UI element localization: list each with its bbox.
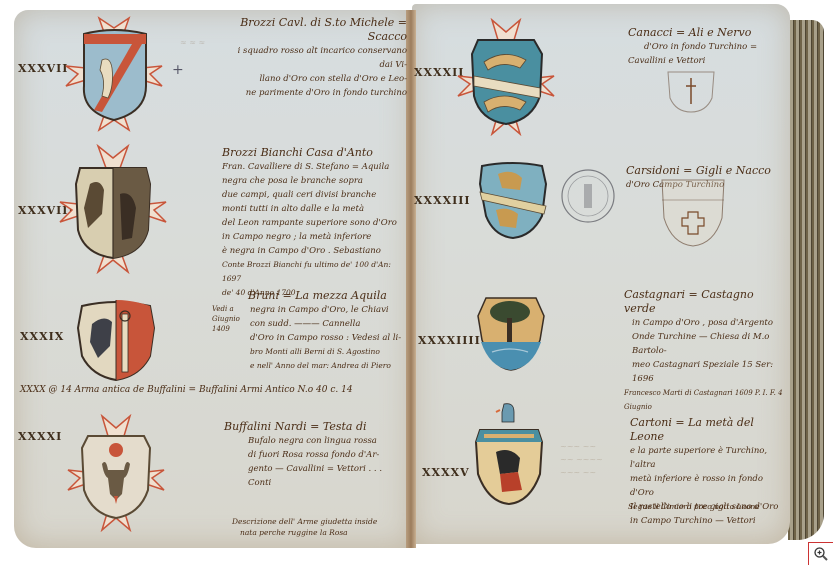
coat-of-arms-bruni [76,296,156,382]
footer-note-right: Segue il Cimiero poco notto Leone [628,500,784,514]
entry-text-castagnari: Castagnari = Castagno verde in Campo d'O… [624,288,788,414]
coat-of-arms-carsidoni [478,160,548,240]
entry-numeral: XXXXIII [414,194,471,207]
open-manuscript: XXXVII Brozzi Cavl. di S.to Michele = Sc… [0,0,834,566]
entry-numeral: XXXXV [422,466,470,479]
entry-text-canacci: Canacci = Ali e Nervo d'Oro in fondo Tur… [628,26,788,68]
entry-text-brozzi-bianchi: Brozzi Bianchi Casa d'Anto Fran. Cavalli… [222,146,407,300]
entry-numeral: XXXXI [18,430,62,443]
entry-numeral: XXXIX [20,330,64,343]
magnifier-plus-icon [813,546,829,562]
entry-numeral: XXXVII [18,62,68,75]
coat-of-arms-canacci [456,18,556,136]
entry-text-buffalini-nardi: Buffalini Nardi = Testa di Bufalo negra … [224,420,408,490]
coat-of-arms-cartoni [474,402,544,508]
cross-mark: + [172,62,184,78]
coat-of-arms-brozzi [64,16,164,132]
entry-text-brozzi: Brozzi Cavl. di S.to Michele = Scacco i … [222,16,407,100]
sketched-shield-cross [666,70,716,114]
entry-text-bruni: Bruni = La mezza Aquila negra in Campo d… [226,289,408,373]
coat-of-arms-buffalini-nardi [66,414,166,532]
bleed-through-text: ≈ ≈ ≈ [180,36,205,49]
side-note-bruni: Vedi a Giugnio 1409 [212,304,240,334]
coat-of-arms-castagnari [476,296,546,372]
footer-note-left: Descrizione dell' Arme giudetta inside n… [232,516,408,538]
entry-numeral: XXXXIIII [418,334,481,347]
wax-seal-stamp [560,168,616,224]
bleed-through-text: ~~~ ~~~~ ~~~~~~~ ~~ [560,440,603,479]
page-edges [788,20,824,540]
zoom-button[interactable] [808,542,833,565]
sketched-shield-cross-2 [660,178,726,248]
coat-of-arms-brozzi-bianchi [58,144,168,274]
entry-text-buffalini: XXXX @ 14 Arma antica de Buffalini = Buf… [20,383,412,397]
